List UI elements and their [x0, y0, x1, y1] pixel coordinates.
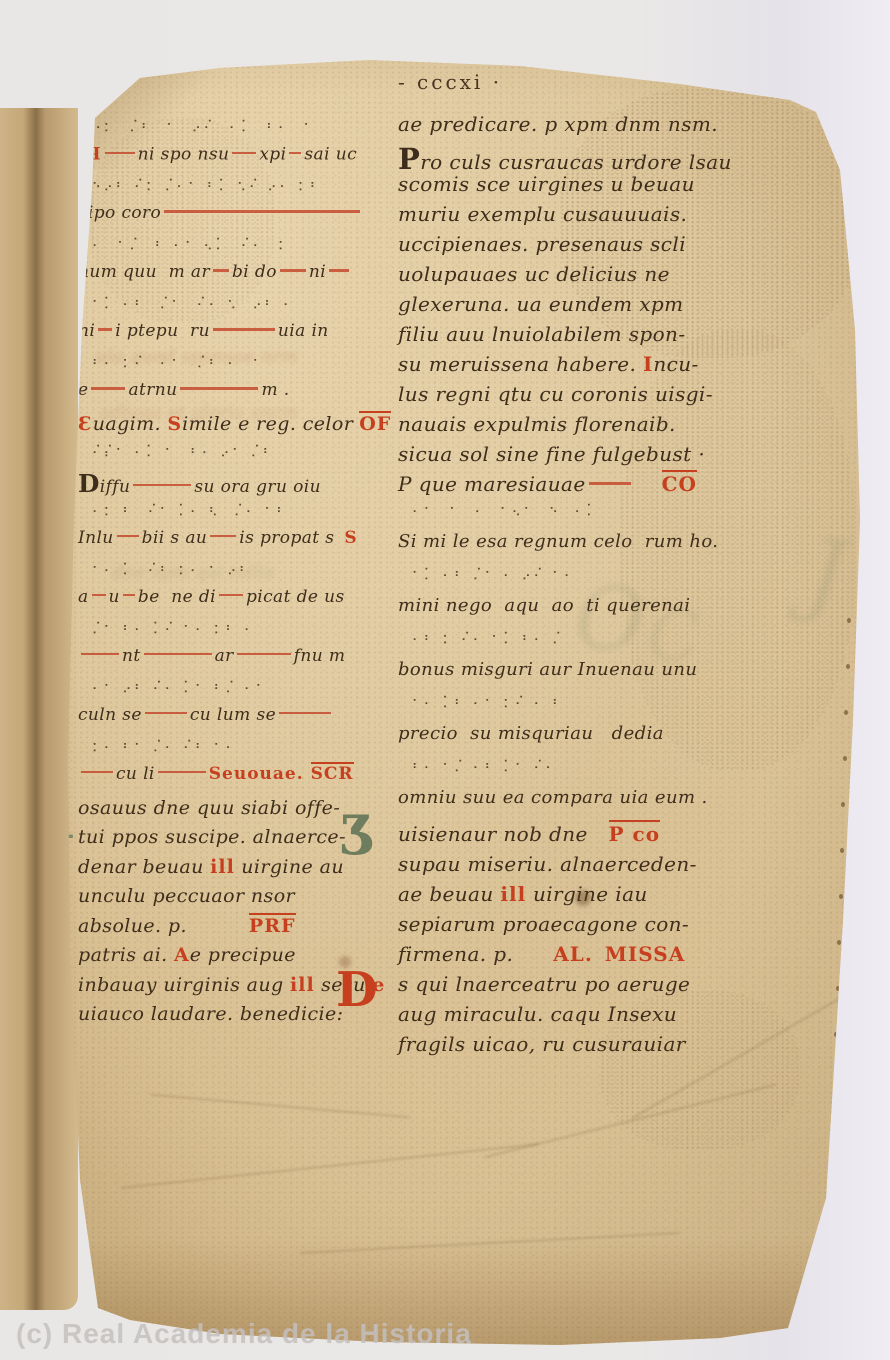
rubric-text: v: [78, 144, 85, 156]
line-text: Ɛuagim. Simile e reg. celorOF: [78, 413, 396, 435]
line-text: nii ptepu ruuia in: [78, 321, 396, 354]
ink-text: ae beuau: [398, 882, 500, 906]
ink-text: ar: [215, 646, 234, 666]
red-rule: [589, 482, 631, 485]
pricking-dot: [841, 802, 845, 807]
line-text: cipo coro: [78, 203, 396, 236]
red-rule: [123, 594, 135, 597]
line-text: supau miseriu. alnaerceden-: [398, 852, 776, 876]
red-rule: [81, 653, 119, 656]
ink-text: bi do: [232, 262, 277, 282]
neume-row: ⠆⠄ ⠂⡈ ⠄⠆ ⡁⠂ ⠌⠄: [398, 758, 776, 787]
neume-row: ⠌⡌⠂ ⠄⡁ ⠂ ⠆⠄ ⡠⠂ ⡈⠆: [78, 443, 396, 469]
ink-text: tui ppos suscipe. alnaerce-: [78, 826, 346, 848]
line-text: Diffusu ora gru oiu: [78, 469, 396, 502]
ink-text: sepiarum proaecagone con-: [398, 912, 689, 936]
neume-row: ⠄⠂ ⡠⠆ ⠌⠄ ⡁⠂ ⠆⡈ ⠄⠂: [78, 679, 396, 705]
line-text: su meruissena habere. Incu-: [398, 352, 776, 376]
ink-text: i ptepu ru: [115, 321, 210, 341]
ink-text: m .: [261, 380, 289, 400]
ink-text: e precipue: [190, 944, 296, 966]
chant-line: ⡈⠂ ⠆⠄ ⡁⠌ ⠂⠄ ⡂⠆ ⠄ntarfnu m: [78, 620, 396, 679]
rubric-text: ill: [500, 882, 526, 906]
parchment-page: uia quod sponsae nrmadiuua et gloria snc…: [0, 0, 890, 1360]
ink-text: P: [398, 142, 420, 176]
red-rule: [133, 484, 191, 487]
ink-text: be ne di: [138, 587, 216, 607]
ink-text: nt: [122, 646, 141, 666]
chant-line: ⠄⠆ ⡂ ⠌⠄ ⠂⡁ ⠆⠄ ⡈bonus misguri aur Inuenau…: [398, 630, 776, 694]
ink-text: bonus misguri aur Inuenau unu: [398, 659, 697, 680]
red-rule: [237, 653, 291, 656]
pricking-dot: [843, 756, 847, 761]
copyright-watermark: (c) Real Academia de la Historia: [16, 1318, 472, 1350]
ink-text: uccipienaes. presenaus scli: [398, 232, 686, 256]
line-text: scomis sce uirgines u beuau: [398, 172, 776, 196]
prose-line: s qui lnaerceatru po aerugeD: [398, 972, 776, 1002]
ink-text: is propat s: [239, 528, 334, 548]
ink-text: a: [78, 587, 89, 607]
red-rule: [232, 152, 256, 155]
rubric-text: Ɛ: [78, 413, 93, 435]
neume-row: ⠂⠄ ⡁ ⠌⠆ ⡂⠄ ⠂ ⡠⠆: [78, 561, 396, 587]
neume-row: ⡂⠄ ⠆⠂ ⡈⠄ ⠌⠆ ⠂⠄: [78, 738, 396, 764]
ink-text: sai uc: [304, 145, 357, 165]
ink-text: su meruissena habere.: [398, 352, 643, 376]
ink-text: num quu m ar: [78, 262, 210, 282]
line-text: mini nego aqu ao ti querenai: [398, 595, 776, 630]
manuscript-photo: uia quod sponsae nrmadiuua et gloria snc…: [0, 0, 890, 1360]
rubric-text: Seuouae.: [209, 764, 311, 784]
prose-line: uolupauaes uc delicius ne: [398, 262, 776, 292]
prose-line: uccipienaes. presenaus scli: [398, 232, 776, 262]
line-text: ntarfnu m: [78, 646, 396, 679]
line-text: uisienaur nob dne P co: [398, 822, 776, 846]
neume-row: ⡈⠂ ⠆⠄ ⡁⠌ ⠂⠄ ⡂⠆ ⠄: [78, 620, 396, 646]
neume-row: ⠄⠆ ⡂ ⠌⠄ ⠂⡁ ⠆⠄ ⡈: [398, 630, 776, 659]
line-text: firmena. p.AL.MISSA: [398, 942, 776, 966]
ink-text: uiauco laudare. benedicie:: [78, 1003, 343, 1025]
red-rule: [180, 387, 258, 390]
ink-text: cu li: [116, 764, 155, 784]
line-text: bonus misguri aur Inuenau unu: [398, 659, 776, 694]
prose-line: lus regni qtu cu coronis uisgi-: [398, 382, 776, 412]
ink-text: glexeruna. ua eundem xpm: [398, 292, 683, 316]
line-text: Si mi le esa regnum celo rum ho.: [398, 531, 776, 566]
ink-text: supau miseriu. alnaerceden-: [398, 852, 697, 876]
rubric-text: MISSA: [605, 942, 685, 966]
illuminated-initial: D: [336, 966, 378, 1014]
line-text: muriu exemplu cusauuuais.: [398, 202, 776, 226]
ink-text: lus regni qtu cu coronis uisgi-: [398, 382, 713, 406]
prose-line: ae predicare. p xpm dnm nsm.: [398, 112, 776, 142]
line-text: cu liSeuouae. SCR: [78, 764, 396, 797]
chant-line: ⠄⡂ ⠆ ⠌⠂ ⡁⠄ ⢆ ⡈⠄ ⠂⠆Inlubii s auis propat …: [78, 502, 396, 561]
ink-text: uirgine au: [235, 856, 344, 878]
neume-row: ⠠⡂ ⡈⠆ ⠂ ⡠⠌ ⠄⡁ ⠆⠄ ⠂: [78, 118, 396, 144]
red-rule: [98, 328, 112, 331]
line-text: ae beuau ill uirgine iau: [398, 882, 776, 906]
line-text: Inlubii s auis propat sS: [78, 528, 396, 561]
ink-text: picat de us: [246, 587, 345, 607]
line-text: unculu peccuaor nsor: [78, 885, 396, 907]
red-rule: [91, 387, 125, 390]
pricking-dot: [846, 664, 850, 669]
ink-text: absolue. p.: [78, 915, 187, 937]
ink-text: denar beuau: [78, 856, 210, 878]
ink-text: u: [109, 587, 120, 607]
chant-line: ⠠⡂ ⡈⠆ ⠂ ⡠⠌ ⠄⡁ ⠆⠄ ⠂vЧni spo nsuxpisai uc: [78, 118, 396, 177]
rubric-text: S: [344, 528, 357, 548]
rubric-text: CO: [662, 470, 697, 496]
prose-line: Ɛuagim. Simile e reg. celorOF: [78, 413, 396, 443]
ink-text: osauus dne quu siabi offe-: [78, 797, 340, 819]
prose-line: glexeruna. ua eundem xpm: [398, 292, 776, 322]
prose-line: uisienaur nob dne P coƷ: [398, 822, 776, 852]
prose-line: Pro culs cusraucas urdore lsau: [398, 142, 776, 172]
ink-text: imile e reg. celor: [182, 413, 353, 435]
crease-line: [150, 1094, 409, 1118]
rubric-text: ill: [290, 974, 315, 996]
ink-text: P que maresiauae: [398, 472, 586, 496]
neume-row: ⠂⡁ ⠄⠆ ⡈⠂ ⠌⠄ ⢂ ⡠⠆ ⠄: [78, 295, 396, 321]
chant-line: ⠆⠄ ⠂⡈ ⠄⠆ ⡁⠂ ⠌⠄omniu suu ea compara uia e…: [398, 758, 776, 822]
ink-text: cu lum se: [190, 705, 276, 725]
pricking-dot: [840, 848, 844, 853]
ink-text: uagim.: [93, 413, 168, 435]
prose-line: firmena. p.AL.MISSA: [398, 942, 776, 972]
ink-text: muriu exemplu cusauuuais.: [398, 202, 687, 226]
red-rule: [210, 535, 236, 538]
rubric-text: ill: [210, 856, 235, 878]
ink-text: cipo coro: [78, 203, 161, 223]
ink-text: ncu-: [653, 352, 698, 376]
prose-line: scomis sce uirgines u beuau: [398, 172, 776, 202]
red-rule: [105, 152, 135, 155]
pricking-dot: [834, 1032, 838, 1037]
neume-row: ⠄ ⠂⡈ ⠆ ⠄⠂ ⢄⡁ ⠌⠄ ⡂: [78, 236, 396, 262]
chant-line: ⠂⡁ ⠄⠆ ⡈⠂ ⠌⠄ ⢂ ⡠⠆ ⠄nii ptepu ruuia in: [78, 295, 396, 354]
red-rule: [117, 535, 139, 538]
prose-line: aug miraculu. caqu Insexu: [398, 1002, 776, 1032]
red-rule: [219, 594, 243, 597]
chant-line: ⠄⠂ ⠂ ⠄ ⠂⢄⠂ ⠢ ⠄⡁Si mi le esa regnum celo …: [398, 502, 776, 566]
red-rule: [145, 712, 187, 715]
ink-text: sicua sol sine fine fulgebust ·: [398, 442, 705, 466]
ink-text: nauais expulmis florenaib.: [398, 412, 676, 436]
folio-number: - cccxi ·: [340, 70, 560, 94]
line-text: culn secu lum se: [78, 705, 396, 738]
prose-line: sepiarum proaecagone con-: [398, 912, 776, 942]
ink-text: Si mi le esa regnum celo rum ho.: [398, 531, 718, 552]
pricking-dot: [839, 894, 843, 899]
line-text: uccipienaes. presenaus scli: [398, 232, 776, 256]
chant-line: ⠢⡠⠆ ⠌⡂ ⡈⠄⠂ ⠆⡁ ⢂⠌ ⡠⠄ ⡂⠆cipo coro: [78, 177, 396, 236]
line-text: aug miraculu. caqu Insexu: [398, 1002, 776, 1026]
ink-text: scomis sce uirgines u beuau: [398, 172, 695, 196]
ink-text: inbauay uirginis aug: [78, 974, 290, 996]
line-text: vЧni spo nsuxpisai uc: [78, 144, 396, 177]
line-text: precio su misquriau dedia: [398, 723, 776, 758]
neume-row: ⠄⠂ ⠂ ⠄ ⠂⢄⠂ ⠢ ⠄⡁: [398, 502, 776, 531]
red-rule: [289, 152, 301, 155]
ink-text: uisienaur nob dne: [398, 822, 595, 846]
ink-text: culn se: [78, 705, 142, 725]
line-text: glexeruna. ua eundem xpm: [398, 292, 776, 316]
ink-text: fragils uicao, ru cusurauiar: [398, 1032, 686, 1056]
ink-text: filiu auu lnuiolabilem spon-: [398, 322, 686, 346]
ink-text: xpi: [259, 145, 286, 165]
rubric-text: AL.: [553, 942, 593, 966]
ink-text: fnu m: [294, 646, 346, 666]
prose-line: unculu peccuaor nsor: [78, 885, 396, 915]
ink-text: uolupauaes uc delicius ne: [398, 262, 670, 286]
ink-text: bii s au: [142, 528, 208, 548]
line-text: absolue. p.PRF: [78, 915, 396, 937]
right-text-column: ae predicare. p xpm dnm nsm.Pro culs cus…: [398, 112, 776, 1062]
red-rule: [279, 712, 331, 715]
ink-text: su ora gru oiu: [194, 477, 321, 497]
line-text: s qui lnaerceatru po aeruge: [398, 972, 776, 996]
line-text: eatrnum .: [78, 380, 396, 413]
prose-line: ae beuau ill uirgine iau: [398, 882, 776, 912]
prose-line: sicua sol sine fine fulgebust ·: [398, 442, 776, 472]
rubric-text: P co: [609, 820, 661, 846]
line-text: sicua sol sine fine fulgebust ·: [398, 442, 776, 466]
bleedthrough-text: J: [803, 518, 851, 628]
ink-text: firmena. p.: [398, 942, 513, 966]
prose-line: nauais expulmis florenaib.: [398, 412, 776, 442]
ink-text: s qui lnaerceatru po aeruge: [398, 972, 690, 996]
rubric-text: OF: [359, 411, 391, 435]
chant-line: ⠂⡁ ⠄⠆ ⡈⠂ ⠄ ⡠⠌ ⠂⠄mini nego aqu ao ti quer…: [398, 566, 776, 630]
neume-row: ⠂⡁ ⠄⠆ ⡈⠂ ⠄ ⡠⠌ ⠂⠄: [398, 566, 776, 595]
crease-line: [300, 1232, 680, 1253]
ink-text: aug miraculu. caqu Insexu: [398, 1002, 677, 1026]
binding-gutter: [0, 108, 78, 1310]
ink-text: omniu suu ea compara uia eum .: [398, 787, 708, 808]
line-text: aube ne dipicat de us: [78, 587, 396, 620]
line-text: uolupauaes uc delicius ne: [398, 262, 776, 286]
left-text-column: ⠠⡂ ⡈⠆ ⠂ ⡠⠌ ⠄⡁ ⠆⠄ ⠂vЧni spo nsuxpisai uc⠢…: [78, 118, 396, 1033]
chant-line: ⠂⠄ ⡁ ⠌⠆ ⡂⠄ ⠂ ⡠⠆aube ne dipicat de us: [78, 561, 396, 620]
prose-line: absolue. p.PRF: [78, 915, 396, 945]
red-rule: [158, 771, 206, 774]
line-text: P que maresiauaeCO: [398, 472, 776, 496]
ink-text: iffu: [100, 477, 131, 497]
neume-row: ⠄⡂ ⠆ ⠌⠂ ⡁⠄ ⢆ ⡈⠄ ⠂⠆: [78, 502, 396, 528]
ink-text: e: [78, 380, 88, 400]
ink-text: ro culs cusraucas urdore lsau: [420, 150, 732, 174]
ink-text: Inlu: [78, 528, 114, 548]
ink-text: mini nego aqu ao ti querenai: [398, 595, 690, 616]
red-rule: [329, 269, 349, 272]
pricking-dot: [847, 618, 851, 623]
ink-text: atrnu: [128, 380, 177, 400]
ink-text: ni: [78, 321, 95, 341]
rubric-text: S: [167, 413, 182, 435]
prose-line: P que maresiauaeCO: [398, 472, 776, 502]
rubric-text: A: [174, 944, 190, 966]
red-rule: [81, 771, 113, 774]
ink-text: D: [78, 469, 100, 498]
red-rule: [92, 594, 106, 597]
line-text: omniu suu ea compara uia eum .: [398, 787, 776, 822]
chant-line: ⠂⠄ ⡁⠆ ⠄⠂ ⡂⠌ ⠄ ⠆precio su misquriau dedia: [398, 694, 776, 758]
line-text: nauais expulmis florenaib.: [398, 412, 776, 436]
rubric-text: PRF: [249, 913, 296, 937]
ink-text: precio su misquriau dedia: [398, 723, 664, 744]
pricking-dot: [836, 986, 840, 991]
neume-row: ⠢⡠⠆ ⠌⡂ ⡈⠄⠂ ⠆⡁ ⢂⠌ ⡠⠄ ⡂⠆: [78, 177, 396, 203]
ink-text: ni: [309, 262, 326, 282]
illuminated-initial: Ʒ: [340, 808, 375, 862]
ink-text: ni spo nsu: [138, 145, 230, 165]
red-rule: [280, 269, 306, 272]
line-text: sepiarum proaecagone con-: [398, 912, 776, 936]
ink-text: patris ai.: [78, 944, 174, 966]
red-rule: [144, 653, 212, 656]
line-text: filiu auu lnuiolabilem spon-: [398, 322, 776, 346]
prose-line: filiu auu lnuiolabilem spon-: [398, 322, 776, 352]
prose-line: muriu exemplu cusauuuais.: [398, 202, 776, 232]
red-rule: [213, 328, 275, 331]
line-text: Pro culs cusraucas urdore lsau: [398, 142, 776, 176]
crease-line: [484, 1084, 775, 1158]
ink-text: unculu peccuaor nsor: [78, 885, 295, 907]
rubric-text: I: [643, 352, 653, 376]
red-rule: [213, 269, 229, 272]
ink-text: ae predicare. p xpm dnm nsm.: [398, 112, 718, 136]
chant-line: ⠄⠂ ⡠⠆ ⠌⠄ ⡁⠂ ⠆⡈ ⠄⠂culn secu lum se: [78, 679, 396, 738]
pricking-dot: [837, 940, 841, 945]
neume-row: ⠂⠄ ⡁⠆ ⠄⠂ ⡂⠌ ⠄ ⠆: [398, 694, 776, 723]
line-text: num quu m arbi doni: [78, 262, 396, 295]
line-text: fragils uicao, ru cusurauiar: [398, 1032, 776, 1056]
chant-line: ⡂⠄ ⠆⠂ ⡈⠄ ⠌⠆ ⠂⠄cu liSeuouae. SCR: [78, 738, 396, 797]
pricking-dot: [844, 710, 848, 715]
crease-line: [121, 1143, 539, 1188]
ink-text: uirgine iau: [526, 882, 647, 906]
prose-line: su meruissena habere. Incu-: [398, 352, 776, 382]
line-text: lus regni qtu cu coronis uisgi-: [398, 382, 776, 406]
red-rule: [164, 210, 360, 213]
prose-line: supau miseriu. alnaerceden-: [398, 852, 776, 882]
chant-line: ⠆⠄ ⡂⠌ ⠄⠂ ⡈⠆ ⠄ ⠂eatrnum .: [78, 354, 396, 413]
ink-text: uia in: [278, 321, 329, 341]
rubric-text: Ч: [85, 145, 102, 165]
prose-line: fragils uicao, ru cusurauiar: [398, 1032, 776, 1062]
rubric-text: SCR: [311, 762, 354, 784]
chant-line: ⠄ ⠂⡈ ⠆ ⠄⠂ ⢄⡁ ⠌⠄ ⡂num quu m arbi doni: [78, 236, 396, 295]
neume-row: ⠆⠄ ⡂⠌ ⠄⠂ ⡈⠆ ⠄ ⠂: [78, 354, 396, 380]
chant-line: ⠌⡌⠂ ⠄⡁ ⠂ ⠆⠄ ⡠⠂ ⡈⠆Diffusu ora gru oiu: [78, 443, 396, 502]
line-text: ae predicare. p xpm dnm nsm.: [398, 112, 776, 136]
